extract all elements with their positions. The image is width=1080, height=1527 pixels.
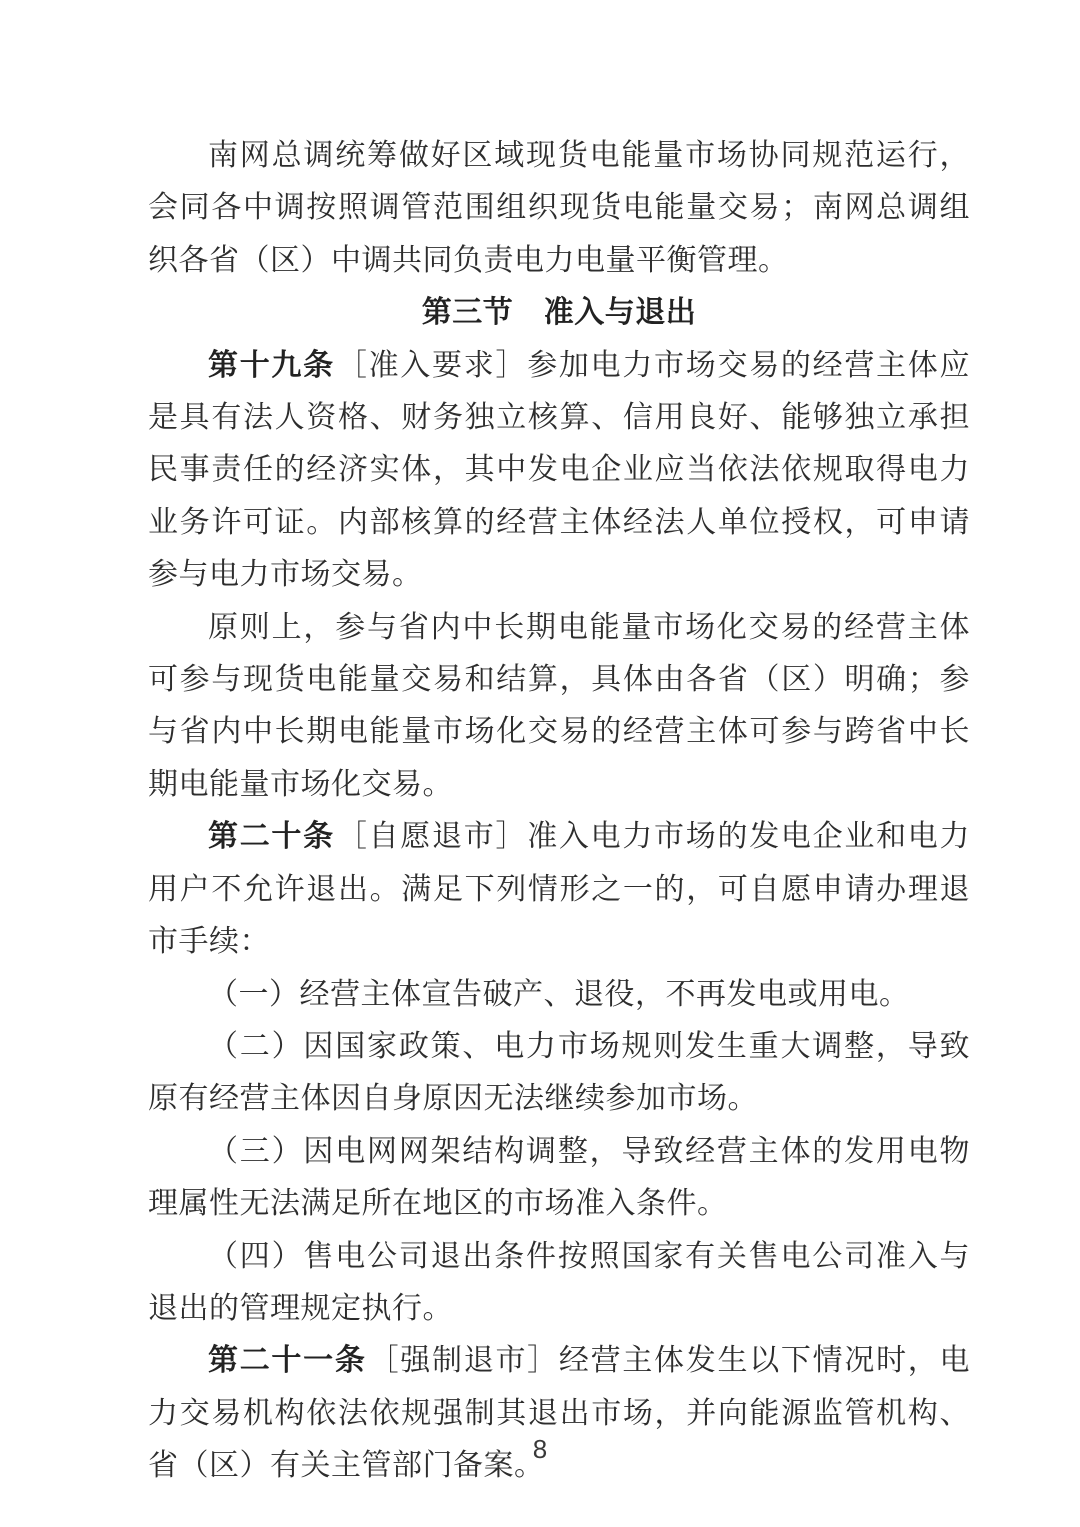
paragraph-principle: 原则上，参与省内中长期电能量市场化交易的经营主体可参与现货电能量交易和结算，具体… <box>148 602 970 812</box>
list-item-3: （三）因电网网架结构调整，导致经营主体的发用电物理属性无法满足所在地区的市场准入… <box>148 1126 970 1231</box>
page-number: 8 <box>0 1434 1080 1464</box>
article-21-tag: ［强制退市］ <box>369 1344 559 1377</box>
paragraph-intro: 南网总调统筹做好区域现货电能量市场协同规范运行，会同各中调按照调管范围组织现货电… <box>148 130 970 287</box>
document-body: 南网总调统筹做好区域现货电能量市场协同规范运行，会同各中调按照调管范围组织现货电… <box>148 130 970 1493</box>
article-21-number: 第二十一条 <box>208 1344 367 1377</box>
list-item-2: （二）因国家政策、电力市场规则发生重大调整，导致原有经营主体因自身原因无法继续参… <box>148 1021 970 1126</box>
article-19-body: 参加电力市场交易的经营主体应是具有法人资格、财务独立核算、信用良好、能够独立承担… <box>148 349 970 592</box>
article-20-tag: ［自愿退市］ <box>337 820 527 853</box>
article-19-number: 第十九条 <box>208 349 335 382</box>
list-item-1: （一）经营主体宣告破产、退役，不再发电或用电。 <box>148 969 970 1021</box>
section-heading: 第三节 准入与退出 <box>148 287 970 339</box>
article-21: 第二十一条［强制退市］经营主体发生以下情况时，电力交易机构依法依规强制其退出市场… <box>148 1335 970 1492</box>
article-20: 第二十条［自愿退市］准入电力市场的发电企业和电力用户不允许退出。满足下列情形之一… <box>148 811 970 968</box>
article-19-tag: ［准入要求］ <box>337 349 527 382</box>
article-20-number: 第二十条 <box>208 820 335 853</box>
list-item-4: （四）售电公司退出条件按照国家有关售电公司准入与退出的管理规定执行。 <box>148 1231 970 1336</box>
document-page: 南网总调统筹做好区域现货电能量市场协同规范运行，会同各中调按照调管范围组织现货电… <box>0 0 1080 1527</box>
article-19: 第十九条［准入要求］参加电力市场交易的经营主体应是具有法人资格、财务独立核算、信… <box>148 340 970 602</box>
